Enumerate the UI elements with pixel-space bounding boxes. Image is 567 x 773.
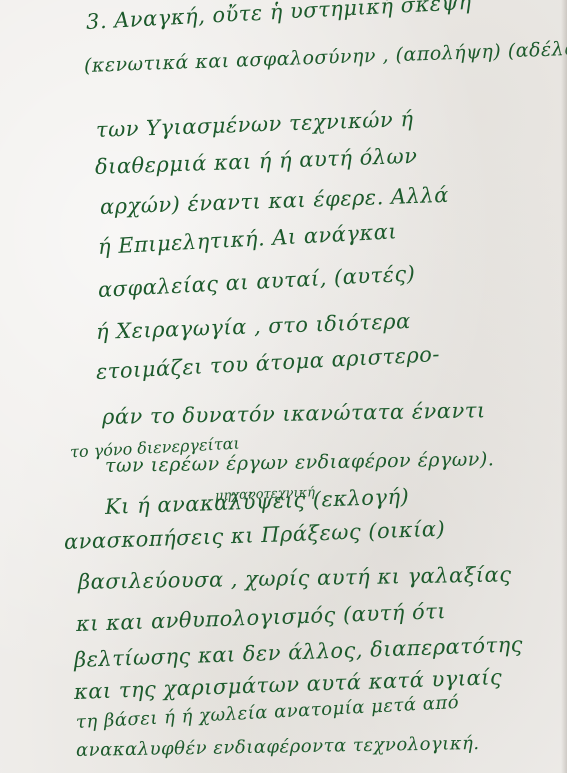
handwritten-line-6: ή Επιμελητική. Αι ανάγκαι (97, 219, 397, 259)
handwritten-line-14: ανασκοπήσεις κι Πράξεως (οικία) (64, 517, 446, 554)
handwritten-line-16: κι και ανθυπολογισμός (αυτή ότι (76, 599, 447, 636)
handwritten-line-13: Κι ή ανακαλύψεις (εκλογή) (105, 484, 410, 519)
handwritten-line-20: ανακαλυφθέν ενδιαφέροντα τεχνολογική. (76, 733, 480, 761)
handwritten-line-10: ράν το δυνατόν ικανώτατα έναντι (102, 398, 486, 429)
handwritten-line-9: ετοιμάζει του άτομα αριστερο- (95, 342, 440, 384)
handwritten-line-3: των Υγιασμένων τεχνικών ή (96, 107, 414, 142)
handwritten-line-1: 3. Αναγκή, οὔτε ἡ υστημική σκέψη (85, 0, 472, 34)
paper-edge-shadow (561, 0, 567, 773)
handwritten-line-7: ασφαλείας αι αυταί, (αυτές) (97, 261, 416, 302)
handwritten-line-8: ή Χειραγωγία , στο ιδιότερα (96, 309, 411, 344)
handwritten-line-5: αρχών) έναντι και έφερε. Αλλά (100, 183, 450, 219)
manuscript-page: 3. Αναγκή, οὔτε ἡ υστημική σκέψη (κενωτι… (0, 0, 567, 773)
handwritten-line-15: βασιλεύουσα , χωρίς αυτή κι γαλαξίας (78, 562, 512, 594)
handwritten-line-2: (κενωτικά και ασφαλοσύνην , (απολήψη) (α… (84, 37, 567, 77)
handwritten-line-4: διαθερμιά και ή ή αυτή όλων (95, 144, 418, 179)
